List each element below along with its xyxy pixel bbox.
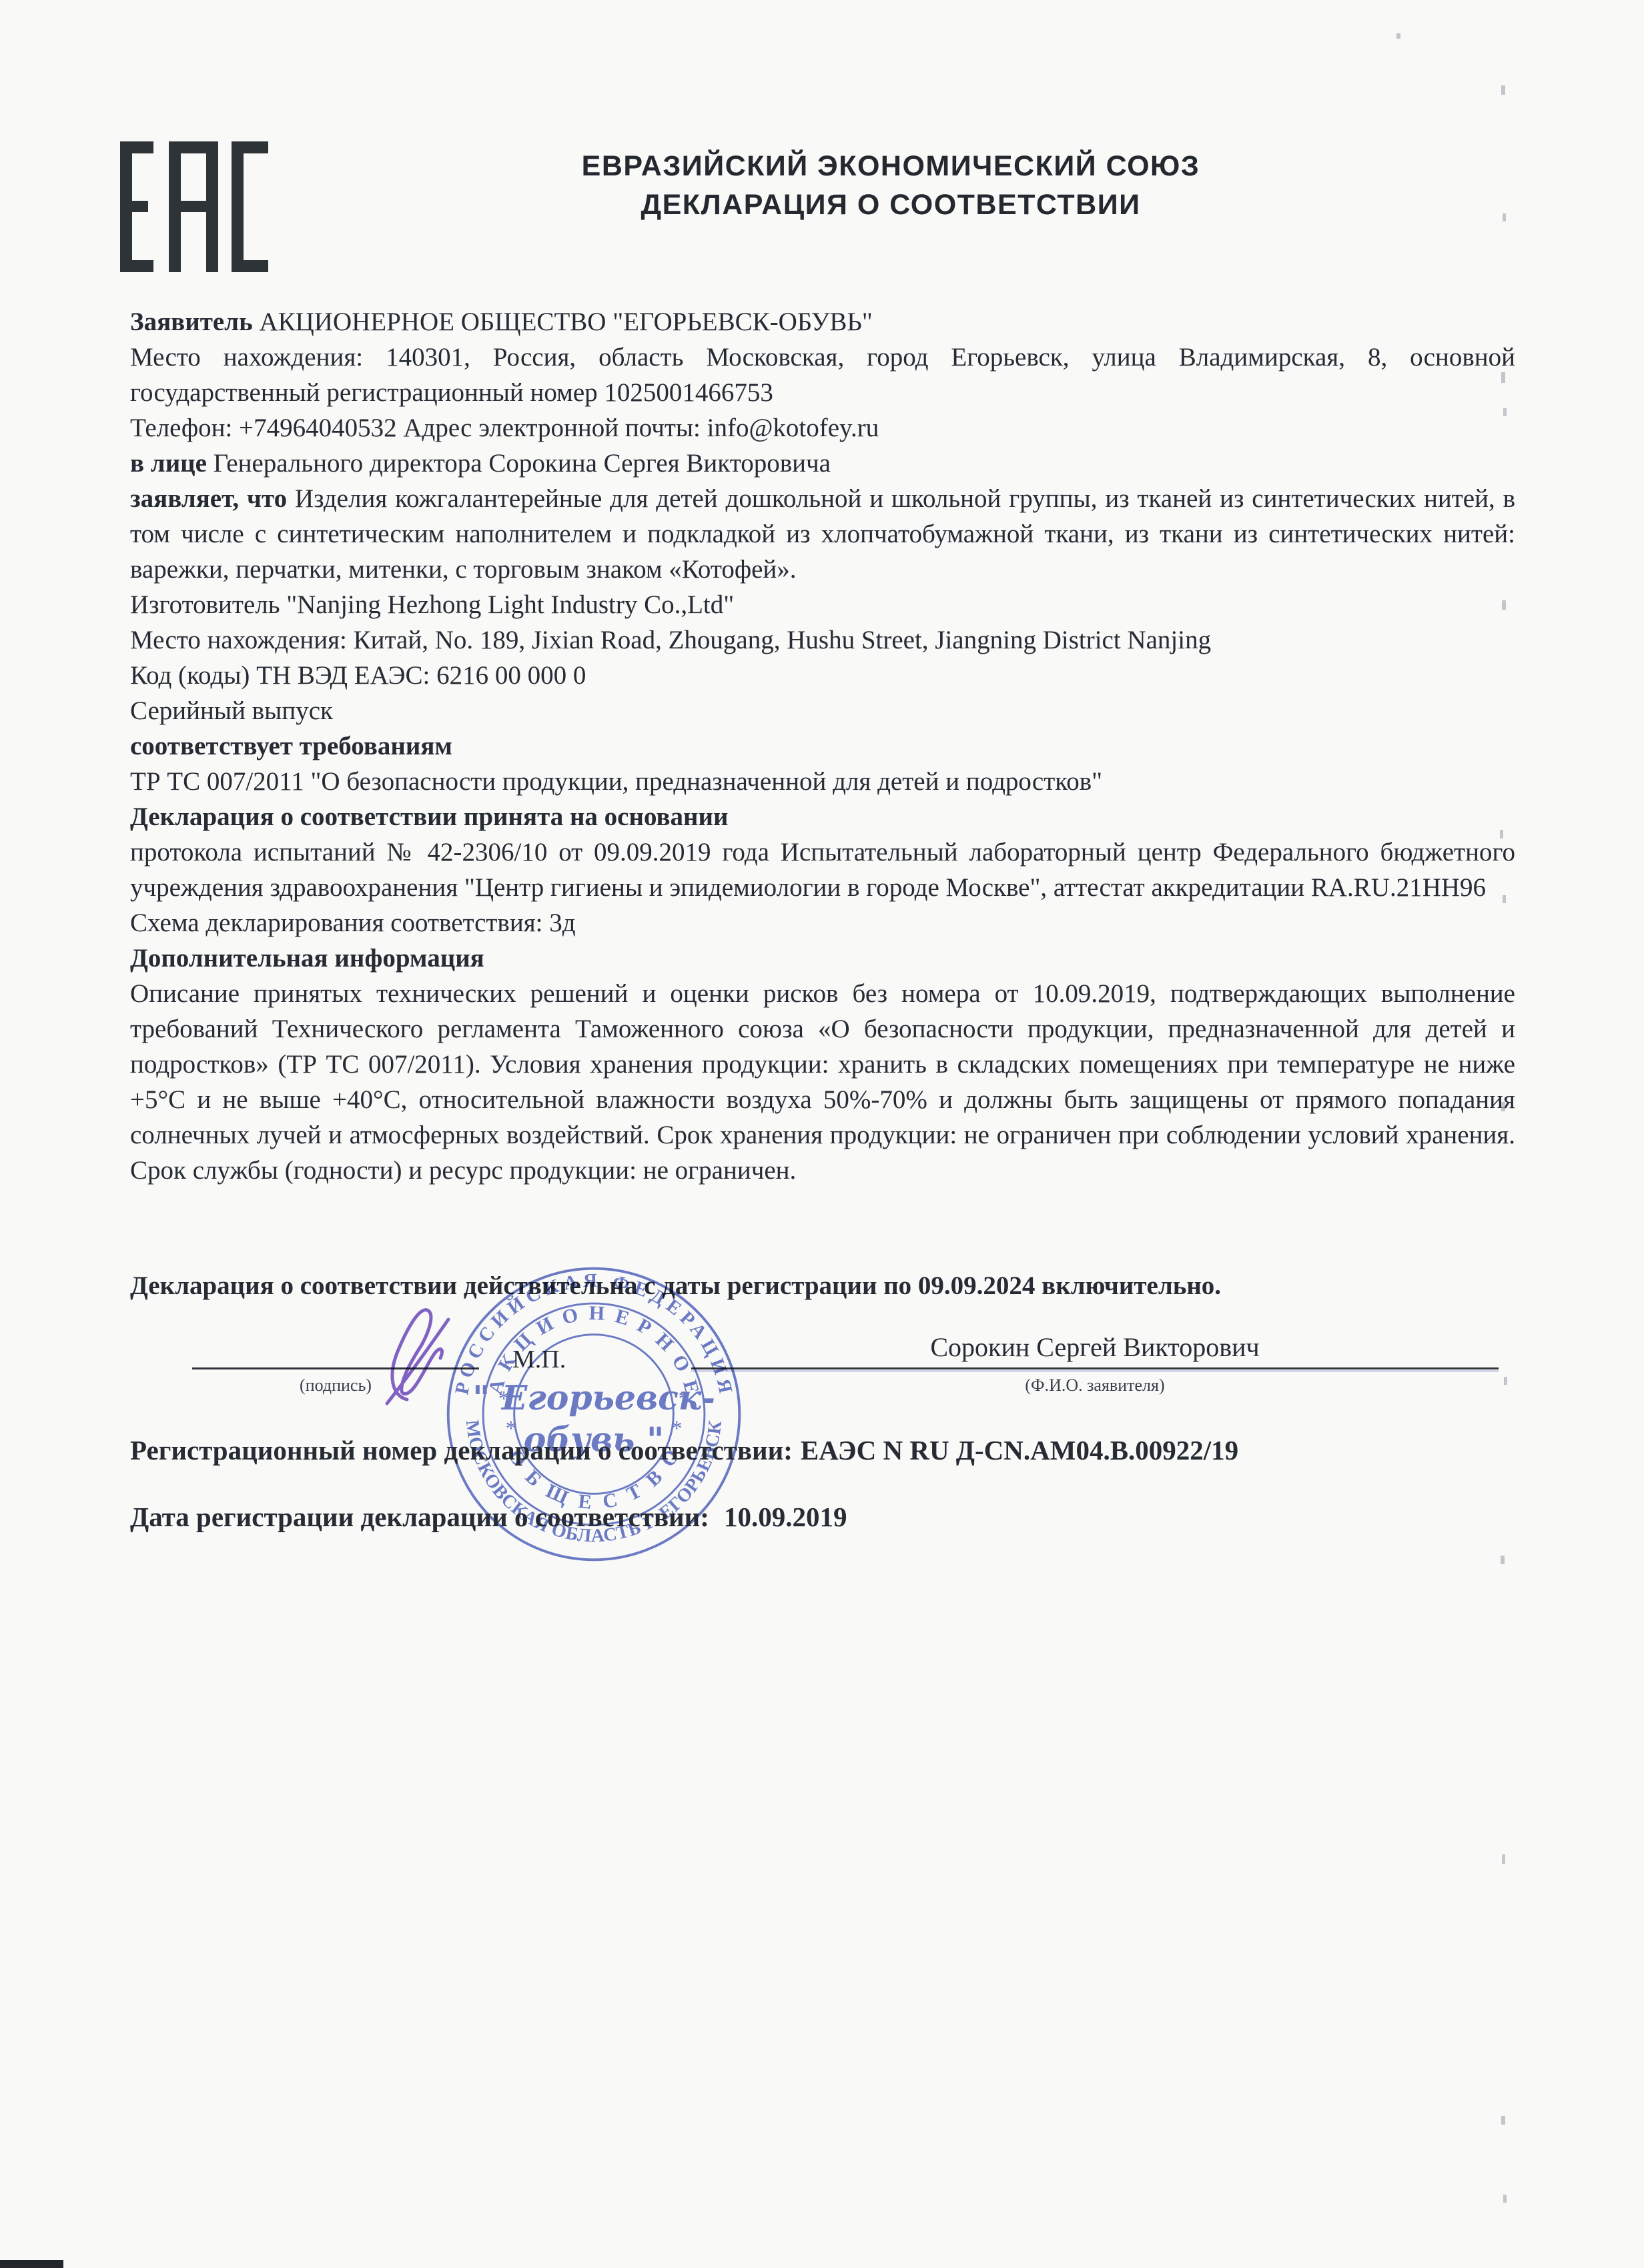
title-union: ЕВРАЗИЙСКИЙ ЭКОНОМИЧЕСКИЙ СОЮЗ (267, 147, 1515, 185)
paragraph-text: ТР ТС 007/2011 "О безопасности продукции… (130, 767, 1102, 796)
declaration-document: ЕВРАЗИЙСКИЙ ЭКОНОМИЧЕСКИЙ СОЮЗ ДЕКЛАРАЦИ… (0, 0, 1644, 2268)
paragraph-serial-production: Серийный выпуск (130, 693, 1515, 728)
applicant-name: Сорокин Сергей Викторович (691, 1331, 1499, 1363)
svg-text:РОССИЙСКАЯ ФЕДЕРАЦИЯ: РОССИЙСКАЯ ФЕДЕРАЦИЯ (451, 1270, 737, 1396)
paragraph-text: Схема декларирования соответствия: 3д (130, 909, 576, 937)
paragraph-test-protocol: протокола испытаний № 42-2306/10 от 09.0… (130, 834, 1515, 905)
registration-date-label: Дата регистрации декларации о соответств… (130, 1502, 709, 1532)
title-declaration: ДЕКЛАРАЦИЯ О СООТВЕТСТВИИ (267, 185, 1515, 224)
scan-speckle (1503, 408, 1507, 416)
declaration-body: Заявитель АКЦИОНЕРНОЕ ОБЩЕСТВО "ЕГОРЬЕВС… (130, 304, 1515, 1188)
paragraph-manufacturer: Изготовитель "Nanjing Hezhong Light Indu… (130, 587, 1515, 622)
stamp-company-name-line1: " Егорьевск- (472, 1378, 715, 1417)
paragraph-text: Генерального директора Сорокина Сергея В… (207, 449, 831, 478)
paragraph-text: протокола испытаний № 42-2306/10 от 09.0… (130, 838, 1515, 902)
registration-number-line: Регистрационный номер декларации о соотв… (130, 1434, 1565, 1466)
scan-speckle (1396, 33, 1400, 39)
paragraph-text: Место нахождения: Китай, No. 189, Jixian… (130, 626, 1211, 654)
eac-mark-logo (120, 141, 268, 272)
paragraph-basis-heading: Декларация о соответствии принята на осн… (130, 799, 1515, 834)
paragraph-lead: Заявитель (130, 308, 253, 336)
paragraph-represented-by: в лице Генерального директора Сорокина С… (130, 446, 1515, 481)
paragraph-text: Описание принятых технических решений и … (130, 979, 1515, 1185)
paragraph-declaration-scheme: Схема декларирования соответствия: 3д (130, 905, 1515, 941)
registration-date-line: Дата регистрации декларации о соответств… (130, 1501, 1565, 1533)
paragraph-additional-info-heading: Дополнительная информация (130, 941, 1515, 976)
validity-statement: Декларация о соответствии действительна … (130, 1269, 1515, 1303)
document-title: ЕВРАЗИЙСКИЙ ЭКОНОМИЧЕСКИЙ СОЮЗ ДЕКЛАРАЦИ… (267, 147, 1515, 224)
scan-speckle (1501, 372, 1505, 383)
paragraph-lead: соответствует требованиям (130, 732, 452, 760)
paragraph-technical-regulation: ТР ТС 007/2011 "О безопасности продукции… (130, 764, 1515, 799)
scan-corner-mark (0, 2260, 63, 2268)
stamp-outer-top-text: РОССИЙСКАЯ ФЕДЕРАЦИЯ (451, 1270, 737, 1396)
paragraph-manufacturer-address: Место нахождения: Китай, No. 189, Jixian… (130, 622, 1515, 658)
paragraph-additional-info: Описание принятых технических решений и … (130, 976, 1515, 1188)
scan-speckle (1501, 2116, 1505, 2125)
registration-date-value: 10.09.2019 (724, 1502, 847, 1532)
scan-speckle (1501, 1102, 1505, 1111)
scan-speckle (1501, 85, 1505, 95)
scan-speckle (1502, 1854, 1505, 1864)
paragraph-declarant-contacts: Телефон: +74964040532 Адрес электронной … (130, 410, 1515, 446)
applicant-name-caption: (Ф.И.О. заявителя) (691, 1375, 1499, 1395)
registration-number-label: Регистрационный номер декларации о соотв… (130, 1435, 793, 1466)
paragraph-declarant: Заявитель АКЦИОНЕРНОЕ ОБЩЕСТВО "ЕГОРЬЕВС… (130, 304, 1515, 340)
paragraph-lead: в лице (130, 449, 207, 478)
paragraph-conforms-heading: соответствует требованиям (130, 728, 1515, 764)
paragraph-text: Изготовитель "Nanjing Hezhong Light Indu… (130, 590, 734, 619)
paragraph-lead: Декларация о соответствии принята на осн… (130, 802, 728, 831)
paragraph-text: Место нахождения: 140301, Россия, област… (130, 343, 1515, 407)
paragraph-text: Код (коды) ТН ВЭД ЕАЭС: 6216 00 000 0 (130, 661, 586, 690)
scan-speckle (1503, 213, 1506, 221)
scan-speckle (1500, 830, 1503, 838)
paragraph-text: Серийный выпуск (130, 696, 333, 725)
scan-speckle (1501, 1556, 1505, 1564)
paragraph-declarant-address: Место нахождения: 140301, Россия, област… (130, 340, 1515, 410)
registration-number-value: ЕАЭС N RU Д-CN.АМ04.В.00922/19 (801, 1435, 1238, 1466)
paragraph-tnved-code: Код (коды) ТН ВЭД ЕАЭС: 6216 00 000 0 (130, 658, 1515, 693)
paragraph-product-declaration: заявляет, что Изделия кожгалантерейные д… (130, 481, 1515, 587)
scan-speckle (1502, 600, 1506, 610)
name-rule-line (691, 1367, 1499, 1369)
paragraph-text: Телефон: +74964040532 Адрес электронной … (130, 414, 879, 442)
scan-speckle (1504, 1377, 1507, 1385)
paragraph-lead: заявляет, что (130, 484, 287, 513)
paragraph-text: Изделия кожгалантерейные для детей дошко… (130, 484, 1515, 584)
scan-speckle (1503, 2195, 1507, 2203)
paragraph-lead: Дополнительная информация (130, 944, 484, 973)
paragraph-text: АКЦИОНЕРНОЕ ОБЩЕСТВО "ЕГОРЬЕВСК-ОБУВЬ" (253, 308, 873, 336)
scan-speckle (1503, 895, 1506, 903)
